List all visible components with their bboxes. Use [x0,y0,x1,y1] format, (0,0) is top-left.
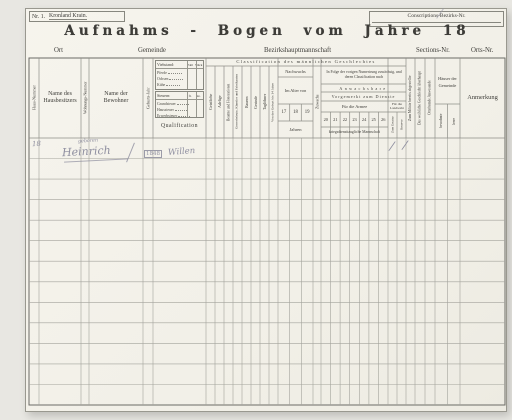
col-ortsfremde: Ortsfremde Anwesende [425,58,435,138]
col-weibliches-geschlecht: Das weibliche Geschlecht überhaupt [415,58,425,138]
class-col-gesinde: Gesinde [251,66,260,138]
col-anmerkung: Anmerkung [460,58,505,138]
class-col-bauern: Bauern [242,66,251,138]
age-cell: 21 [331,117,341,123]
haeuser-title: Häuser der Gemeinde [435,60,460,104]
age-cell: 22 [340,117,350,123]
class-col-geistliche: Geistliche [206,66,215,138]
field-ort: Ort [54,47,63,54]
class-col-beamte: Beamte und Honoratioren [224,66,233,138]
viehstand-title: Viehstand: [156,62,186,67]
steuern-title: Steuern: [156,93,186,98]
corner-box: Nr. 1. Kronland Krain. [29,11,125,22]
class-col-gewerbsleute: Gewerbsleute, Künstler und Fabrikanten [233,66,242,138]
age-cell: 19 [301,110,313,116]
classification-note: In Folge der vorigen Numerirung zuwächsi… [322,66,406,84]
col-wohnungs-nummer: Wohnungs-Nummer [81,58,89,138]
class-col-geburt-bis-14: Von der Geburt bis 14 Jahre [269,66,278,138]
viehstand-box: Viehstand: Zahl Stück Pferde Ochsen Kühe… [155,60,204,90]
nachwuchs-unit: Jahren [278,121,313,138]
age-cell: 17 [278,110,290,116]
entry-geburts-jahr: 1848 [144,150,162,158]
pen-flourish [64,158,128,162]
classification-title: Classification des männlichen Geschlecht… [206,58,406,66]
steuern-row: Haussteuer [157,108,174,112]
page-title: Aufnahms - Bogen vom Jahre 18 [26,23,508,43]
haeuser-sub-leere: leere [448,104,461,138]
vorgemerkt-label: Vorgemerkt zum Dienste [321,92,406,101]
age-cell: 24 [359,117,369,123]
col-bewohner: Name der Bewohner [89,58,143,138]
steuern-box: Steuern: fl. kr. Grundsteuer Haussteuer … [155,91,204,118]
field-gemeinde: Gemeinde [138,47,166,54]
viehstand-row: Pferde [157,71,167,75]
age-cell: 26 [378,117,388,123]
col-haus-nummer: Haus-Nummer [29,58,39,138]
nachwuchs-title: Nachwuchs [278,66,313,77]
qualification-label: Qualification [153,118,206,136]
body-grid [29,138,505,405]
entry-haus-nr: 18 [32,140,41,149]
field-sections-nr: Sections-Nr. [416,47,450,54]
pen-slash [126,143,135,163]
steuern-divider-1 [187,92,188,117]
steuern-row: Grundsteuer [157,102,176,106]
age-cell: 18 [290,110,302,116]
class-col-tagloehner: Taglöhner [260,66,269,138]
class-col-adelige: Adelige [215,66,224,138]
census-form-sheet: Nr. 1. Kronland Krain. Conscriptions-Bez… [25,8,507,412]
field-orts-nr: Orts-Nr. [471,47,493,54]
col-geburts-jahr: Geburts-Jahr [143,58,153,138]
steuern-divider-2 [196,92,197,117]
nachwuchs-age-cells: 17 18 19 [278,104,313,121]
entry-tick-1: / [389,139,395,153]
form-number: Nr. 1. [32,14,45,20]
nachwuchs-sub: Im Alter von [278,77,313,104]
armee-age-cells: 20 21 22 23 24 25 26 [321,112,388,127]
entry-zusatz: Willen [168,146,196,158]
col-hausbesitzer: Name des Hausbesitzers [39,58,81,138]
entry-tick-2: / [402,138,408,152]
entry-name: Heinrich [62,144,111,160]
field-bezirkshauptmannschaft: Bezirkshauptmannschaft [264,47,331,54]
age-cell: 23 [350,117,360,123]
viehstand-row: Schafe [157,89,167,90]
landwehr-title: Für die Landwehr [388,101,406,112]
viehstand-divider-2 [196,61,197,89]
haeuser-sub-bewohnte: bewohnte [435,104,448,138]
landwehr-sub-reserve: Reserve [397,112,406,138]
armee-bottom-label: kriegsdiensttaugliche Mannschaft [321,127,388,138]
armee-title: Für die Armee [321,101,388,112]
zuwachs-col: Zuwachs [313,66,321,138]
viehstand-row: Kühe [157,83,165,87]
anwachsbare-label: Anwachsbare [321,84,406,92]
age-cell: 25 [369,117,379,123]
viehstand-divider-1 [187,61,188,89]
kronland-label: Kronland Krain. [49,13,87,20]
viehstand-row: Ochsen [157,77,168,81]
col-militaer-abgestellte: Zum Militär bereits abgestellte [406,58,415,138]
age-cell: 20 [321,117,331,123]
landwehr-sub-ersatz: Zum Ersatze [388,112,397,138]
